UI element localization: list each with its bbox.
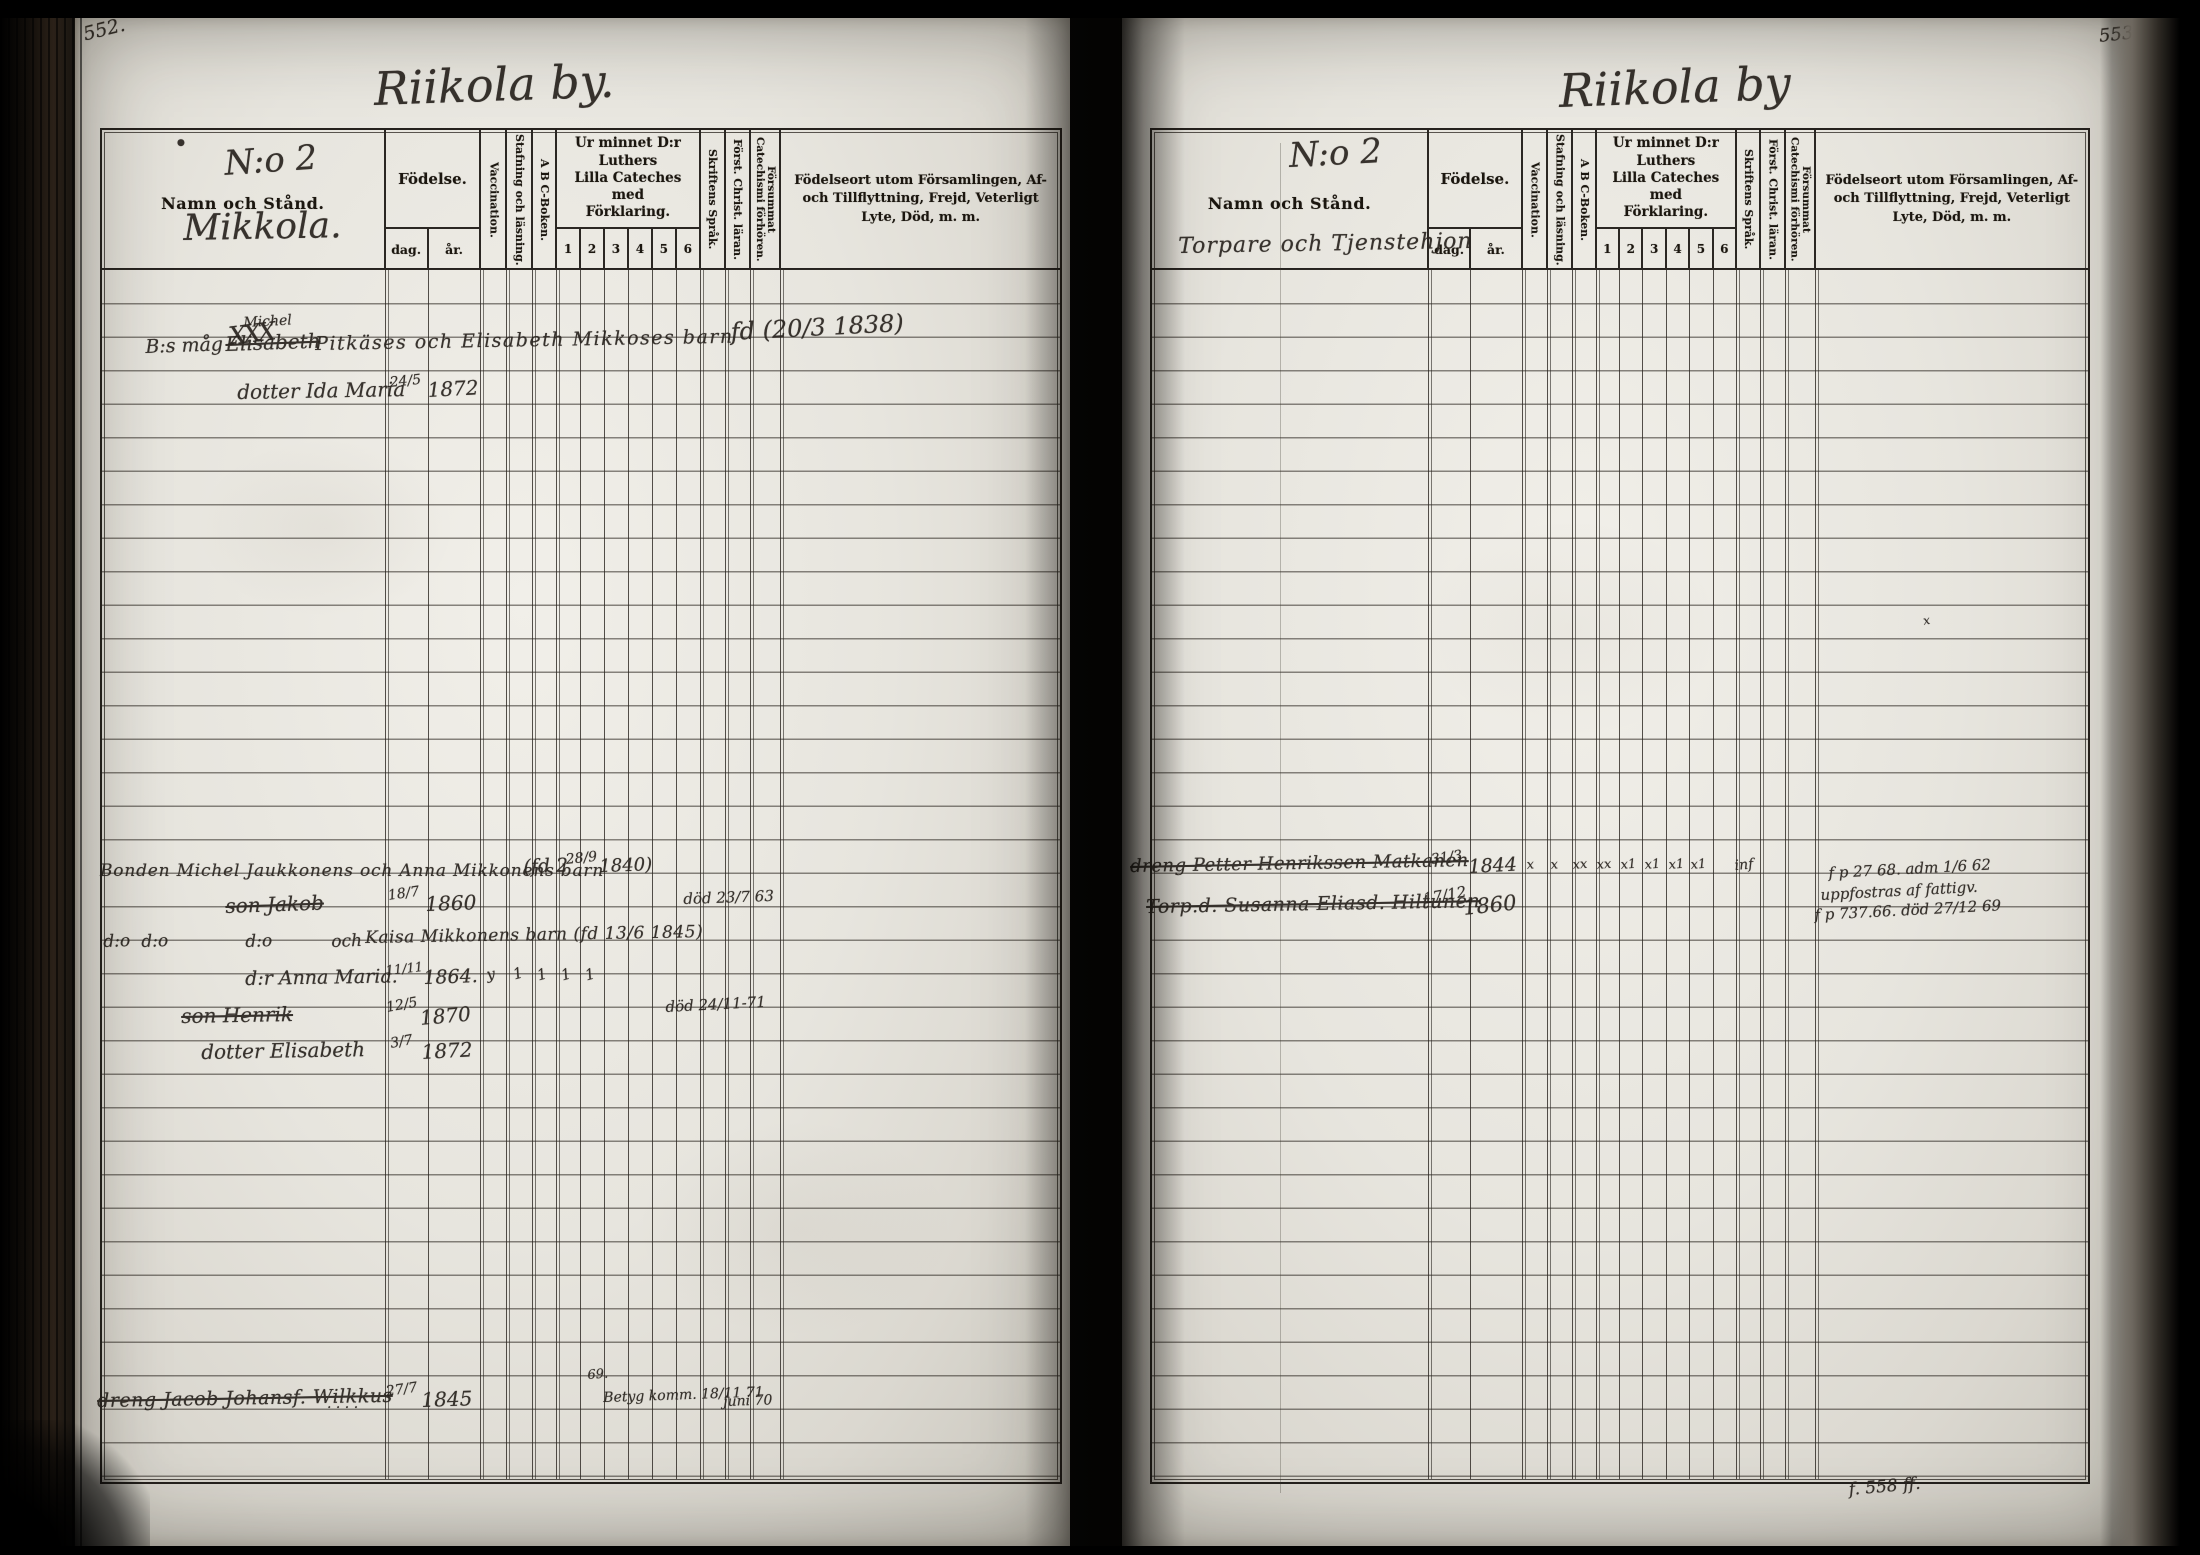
handwritten-text: y xyxy=(485,965,496,984)
handwritten-text: och xyxy=(331,931,362,952)
handwritten-text: d:o xyxy=(141,931,169,952)
book-spine-edge xyxy=(0,0,82,1555)
handwritten-text: son Jakob xyxy=(225,891,324,918)
handwritten-text: 12/5 xyxy=(385,995,419,1016)
handwritten-text: 3/7 xyxy=(389,1032,414,1052)
handwritten-text: Pitkäses och Elisabeth Mikkoses barn xyxy=(315,326,734,355)
handwritten-text: 552. xyxy=(81,14,127,46)
handwritten-text: B:s måg xyxy=(145,333,223,358)
page-stack-edge xyxy=(2100,0,2200,1555)
handwritten-text: 1 xyxy=(559,965,573,985)
handwritten-text: 27/7 xyxy=(385,1380,418,1400)
handwritten-text: 18/7 xyxy=(387,884,420,904)
handwritten-text: x xyxy=(1526,857,1535,873)
handwritten-text: son Henrik xyxy=(181,1002,293,1028)
handwritten-text: 1860 xyxy=(1462,890,1518,919)
handwritten-text: d:o xyxy=(245,931,273,952)
handwritten-text: d:r Anna Maria. xyxy=(245,965,398,990)
handwritten-text: Riikola by xyxy=(1558,56,1792,118)
handwriting-layer-right: 553.Riikola byN:o 2Torpare och Tjenstehj… xyxy=(1122,18,2145,1548)
handwritten-text: 1860 xyxy=(425,890,477,916)
handwritten-text: 1872 xyxy=(427,375,479,402)
handwritten-text: x1 xyxy=(1644,857,1661,873)
handwritten-text: 69. xyxy=(587,1367,609,1383)
handwritten-text: 11/11 xyxy=(385,960,424,979)
scan-border-top xyxy=(0,0,2200,18)
handwritten-text: dotter Ida Maria xyxy=(237,377,405,404)
handwritten-text: x xyxy=(1922,613,1931,628)
handwritten-text: x1 xyxy=(1620,857,1637,873)
handwritten-text: 1840) xyxy=(599,854,653,877)
handwritten-text: 1844 xyxy=(1468,853,1517,878)
handwritten-text: Riikola by. xyxy=(373,54,615,116)
handwritten-text: Torpare och Tjenstehjon xyxy=(1178,229,1473,259)
handwritten-text: ● xyxy=(177,138,185,148)
handwritten-text: 1 xyxy=(583,965,597,985)
handwritten-text: x1 xyxy=(1690,857,1707,873)
handwritten-text: N:o 2 xyxy=(223,138,318,184)
handwritten-text: xx xyxy=(1572,857,1588,873)
handwritten-text: död 23/7 63 xyxy=(683,887,774,908)
scan-border-bottom xyxy=(0,1546,2200,1555)
handwritten-text: 1870 xyxy=(419,1002,472,1030)
right-page: Namn och Stånd. Födelse. dag. år. Vaccin… xyxy=(1122,18,2145,1548)
handwritten-text: juni 70 xyxy=(723,1392,773,1410)
handwritten-text: Kaisa Mikkonens barn (fd 13/6 1845) xyxy=(365,922,703,948)
handwritten-text: Mikkola. xyxy=(183,205,342,249)
book-scan: { "header": { "name": "Namn och Stånd.",… xyxy=(0,0,2200,1555)
handwritten-text: dotter Elisabeth xyxy=(201,1037,365,1064)
handwritten-text: . . . . xyxy=(327,1396,358,1412)
handwritten-text: död 24/11-71 xyxy=(665,993,766,1016)
handwritten-text: inf xyxy=(1734,856,1754,874)
handwritten-text: d:o xyxy=(103,931,131,952)
handwritten-text: XXX xyxy=(227,317,275,351)
handwritten-text: 1864. xyxy=(423,965,478,989)
handwritten-text: x xyxy=(1550,857,1559,873)
handwritten-text: 1872 xyxy=(421,1037,473,1064)
handwritten-text: f. 558 ff. xyxy=(1848,1474,1921,1500)
handwritten-text: (fd 2 xyxy=(523,854,568,878)
handwritten-text: 28/9 xyxy=(565,849,598,868)
handwritten-text: fd (20/3 1838) xyxy=(730,309,904,346)
handwritten-text: 1 xyxy=(511,964,525,984)
book-gutter xyxy=(1025,0,1185,1555)
dark-corner xyxy=(0,1420,150,1555)
handwritten-text: x1 xyxy=(1668,857,1685,873)
handwriting-layer-left: 552.Riikola by.●N:o 2Mikkola.MichelB:s m… xyxy=(75,18,1070,1548)
handwritten-text: 1845 xyxy=(421,1386,473,1412)
handwritten-text: 1 xyxy=(535,965,549,985)
handwritten-text: xx xyxy=(1596,857,1612,873)
handwritten-text: 24/5 xyxy=(389,372,422,391)
left-page: Namn och Stånd. Födelse. dag. år. Vaccin… xyxy=(75,18,1070,1548)
handwritten-text: N:o 2 xyxy=(1288,131,1383,176)
